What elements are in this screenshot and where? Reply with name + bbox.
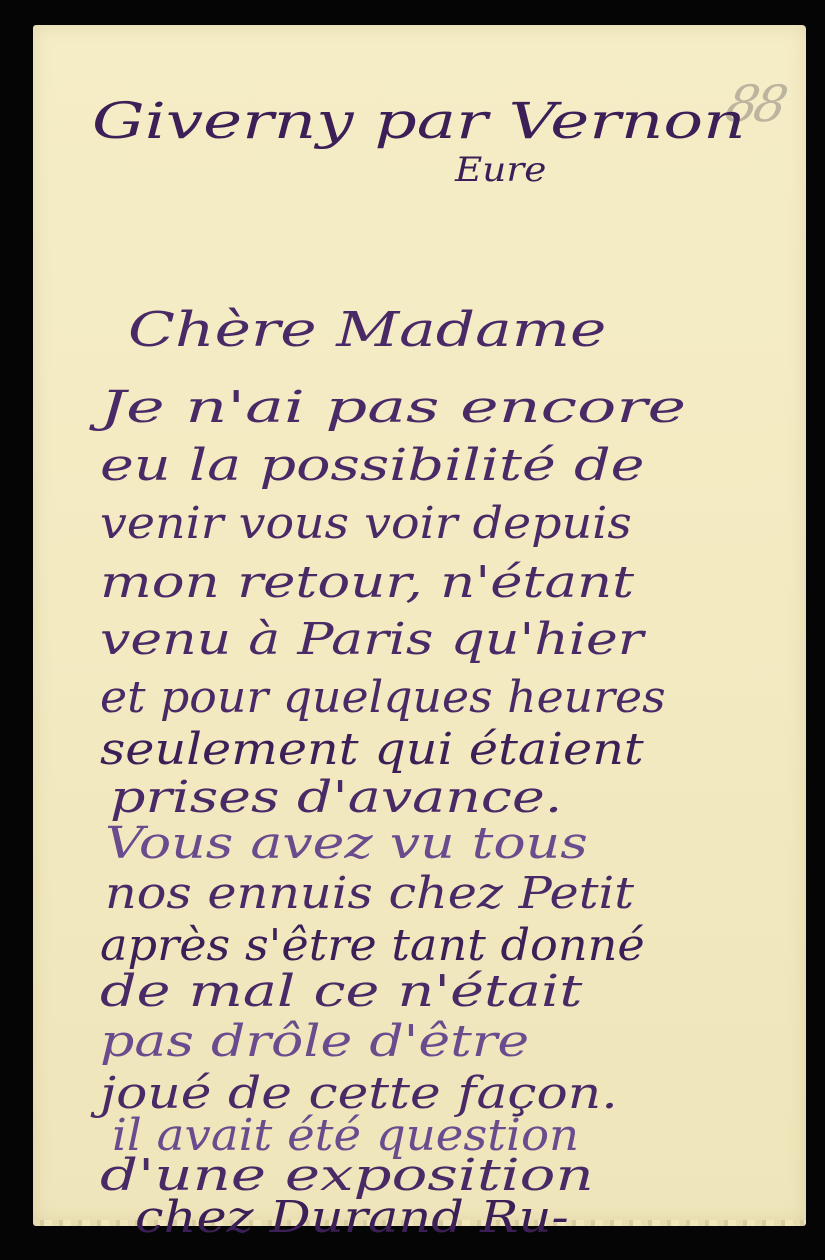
body-line: prises d'avance.: [110, 772, 562, 823]
body-line: pas drôle d'être: [100, 1016, 529, 1067]
body-line: mon retour, n'étant: [100, 557, 634, 608]
body-line: Vous avez vu tous: [105, 818, 588, 869]
header-place: Giverny par Vernon: [92, 92, 746, 150]
body-line: eu la possibilité de: [100, 440, 644, 491]
body-line: de mal ce n'était: [100, 966, 582, 1017]
header-region: Eure: [455, 150, 546, 190]
salutation: Chère Madame: [128, 302, 606, 358]
body-line: seulement qui étaient: [100, 724, 644, 775]
body-line: et pour quelques heures: [100, 672, 666, 723]
body-line: après s'être tant donné: [100, 920, 645, 971]
body-line: Je n'ai pas encore: [100, 382, 686, 433]
body-line: venu à Paris qu'hier: [100, 614, 643, 665]
body-line: venir vous voir depuis: [100, 498, 632, 549]
body-line: nos ennuis chez Petit: [105, 868, 634, 919]
body-line: chez Durand Ru-: [135, 1192, 569, 1243]
